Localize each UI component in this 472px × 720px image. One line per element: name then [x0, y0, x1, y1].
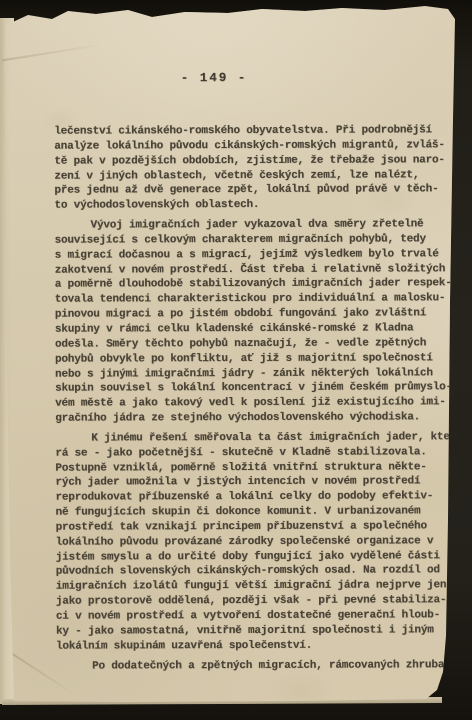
- body-paragraph-1: lečenství cikánského-romského obyvatelst…: [54, 123, 454, 213]
- body-paragraph-4: Po dodatečných a zpětných migracích, rám…: [56, 658, 456, 674]
- document-page: - 149 - lečenství cikánského-romského ob…: [0, 0, 472, 720]
- body-paragraph-3: K jinému řešení směřovala ta část imigra…: [55, 430, 456, 654]
- page-number: - 149 -: [0, 70, 429, 86]
- page-content: - 149 - lečenství cikánského-romského ob…: [0, 0, 472, 720]
- body-text: lečenství cikánského-romského obyvatelst…: [54, 123, 456, 674]
- body-paragraph-2: Vývoj imigračních jader vykazoval dva sm…: [55, 217, 456, 426]
